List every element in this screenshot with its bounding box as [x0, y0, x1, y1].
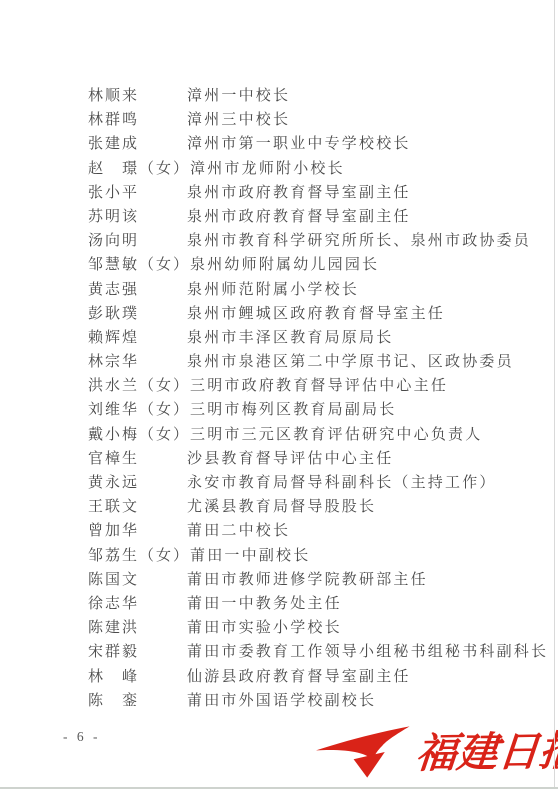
person-title: 莆田市外国语学校副校长 — [187, 689, 528, 713]
person-name: 洪水兰（女） — [88, 374, 190, 398]
person-name: 邹荔生（女） — [88, 544, 190, 568]
person-name: 苏明该 — [88, 205, 187, 229]
fujian-daily-logo-icon — [316, 719, 412, 785]
person-name: 邹慧敏（女） — [88, 253, 190, 277]
person-title: 尤溪县教育局督导股股长 — [187, 495, 528, 519]
person-title: 莆田市教师进修学院教研部主任 — [187, 568, 528, 592]
person-name: 陈国文 — [88, 568, 187, 592]
roster-row: 赵 璟（女） 漳州市龙师附小校长 — [88, 157, 528, 181]
fujian-daily-watermark: 福建日报 — [316, 718, 556, 786]
person-title: 莆田二中校长 — [187, 519, 528, 543]
person-title: 泉州幼师附属幼儿园园长 — [190, 253, 528, 277]
person-title: 三明市三元区教育评估研究中心负责人 — [190, 423, 528, 447]
person-name: 林 峰 — [88, 665, 187, 689]
roster-row: 汤向明 泉州市教育科学研究所所长、泉州市政协委员 — [88, 229, 528, 253]
person-title: 泉州市鲤城区政府教育督导室主任 — [187, 302, 528, 326]
person-title: 莆田一中教务处主任 — [187, 592, 528, 616]
roster-row: 赖辉煌 泉州市丰泽区教育局原局长 — [88, 326, 528, 350]
roster-row: 徐志华 莆田一中教务处主任 — [88, 592, 528, 616]
appointee-roster: 林顺来 漳州一中校长 林群鸣 漳州三中校长 张建成 漳州市第一职业中专学校校长 … — [88, 84, 528, 713]
roster-row: 曾加华 莆田二中校长 — [88, 519, 528, 543]
roster-row: 张小平 泉州市政府教育督导室副主任 — [88, 181, 528, 205]
scan-edge-right — [554, 0, 555, 789]
person-name: 林群鸣 — [88, 108, 187, 132]
person-name: 刘维华（女） — [88, 398, 190, 422]
person-title: 漳州一中校长 — [187, 84, 528, 108]
person-title: 永安市教育局督导科副科长（主持工作） — [187, 471, 528, 495]
person-title: 漳州市龙师附小校长 — [190, 157, 528, 181]
roster-row: 刘维华（女） 三明市梅列区教育局副局长 — [88, 398, 528, 422]
person-name: 黄志强 — [88, 278, 187, 302]
person-title: 莆田市实验小学校长 — [187, 616, 528, 640]
person-title: 漳州市第一职业中专学校校长 — [187, 132, 528, 156]
person-title: 三明市政府教育督导评估中心主任 — [190, 374, 528, 398]
person-title: 三明市梅列区教育局副局长 — [190, 398, 528, 422]
roster-row: 邹慧敏（女） 泉州幼师附属幼儿园园长 — [88, 253, 528, 277]
roster-row: 黄志强 泉州师范附属小学校长 — [88, 278, 528, 302]
roster-row: 陈国文 莆田市教师进修学院教研部主任 — [88, 568, 528, 592]
roster-row: 彭耿璞 泉州市鲤城区政府教育督导室主任 — [88, 302, 528, 326]
person-name: 徐志华 — [88, 592, 187, 616]
person-name: 张建成 — [88, 132, 187, 156]
person-title: 莆田一中副校长 — [190, 544, 528, 568]
person-title: 仙游县政府教育督导室副主任 — [187, 665, 528, 689]
person-name: 陈 銮 — [88, 689, 187, 713]
person-name: 汤向明 — [88, 229, 187, 253]
roster-row: 林 峰 仙游县政府教育督导室副主任 — [88, 665, 528, 689]
person-name: 林顺来 — [88, 84, 187, 108]
person-title: 泉州市教育科学研究所所长、泉州市政协委员 — [187, 229, 531, 253]
roster-row: 王联文 尤溪县教育局督导股股长 — [88, 495, 528, 519]
document-page: 林顺来 漳州一中校长 林群鸣 漳州三中校长 张建成 漳州市第一职业中专学校校长 … — [0, 0, 558, 789]
roster-row: 苏明该 泉州市政府教育督导室副主任 — [88, 205, 528, 229]
person-name: 官樟生 — [88, 447, 187, 471]
person-title: 沙县教育督导评估中心主任 — [187, 447, 528, 471]
person-name: 赵 璟（女） — [88, 157, 190, 181]
person-name: 曾加华 — [88, 519, 187, 543]
roster-row: 官樟生 沙县教育督导评估中心主任 — [88, 447, 528, 471]
person-name: 陈建洪 — [88, 616, 187, 640]
roster-row: 邹荔生（女） 莆田一中副校长 — [88, 544, 528, 568]
roster-row: 黄永远 永安市教育局督导科副科长（主持工作） — [88, 471, 528, 495]
person-title: 泉州师范附属小学校长 — [187, 278, 528, 302]
person-name: 黄永远 — [88, 471, 187, 495]
roster-row: 林群鸣 漳州三中校长 — [88, 108, 528, 132]
roster-row: 张建成 漳州市第一职业中专学校校长 — [88, 132, 528, 156]
person-name: 赖辉煌 — [88, 326, 187, 350]
roster-row: 戴小梅（女） 三明市三元区教育评估研究中心负责人 — [88, 423, 528, 447]
roster-row: 林顺来 漳州一中校长 — [88, 84, 528, 108]
person-title: 泉州市政府教育督导室副主任 — [187, 181, 528, 205]
person-name: 彭耿璞 — [88, 302, 187, 326]
roster-row: 洪水兰（女） 三明市政府教育督导评估中心主任 — [88, 374, 528, 398]
person-name: 戴小梅（女） — [88, 423, 190, 447]
fujian-daily-logo-text: 福建日报 — [413, 718, 558, 787]
page-number: - 6 - — [63, 729, 101, 745]
person-name: 王联文 — [88, 495, 187, 519]
person-title: 泉州市政府教育督导室副主任 — [187, 205, 528, 229]
person-name: 张小平 — [88, 181, 187, 205]
roster-row: 陈 銮 莆田市外国语学校副校长 — [88, 689, 528, 713]
roster-row: 陈建洪 莆田市实验小学校长 — [88, 616, 528, 640]
person-name: 宋群毅 — [88, 640, 187, 664]
person-title: 泉州市泉港区第二中学原书记、区政协委员 — [187, 350, 528, 374]
person-title: 漳州三中校长 — [187, 108, 528, 132]
person-title: 泉州市丰泽区教育局原局长 — [187, 326, 528, 350]
person-name: 林宗华 — [88, 350, 187, 374]
roster-row: 林宗华 泉州市泉港区第二中学原书记、区政协委员 — [88, 350, 528, 374]
roster-row: 宋群毅 莆田市委教育工作领导小组秘书组秘书科副科长 — [88, 640, 528, 664]
person-title: 莆田市委教育工作领导小组秘书组秘书科副科长 — [187, 640, 548, 664]
